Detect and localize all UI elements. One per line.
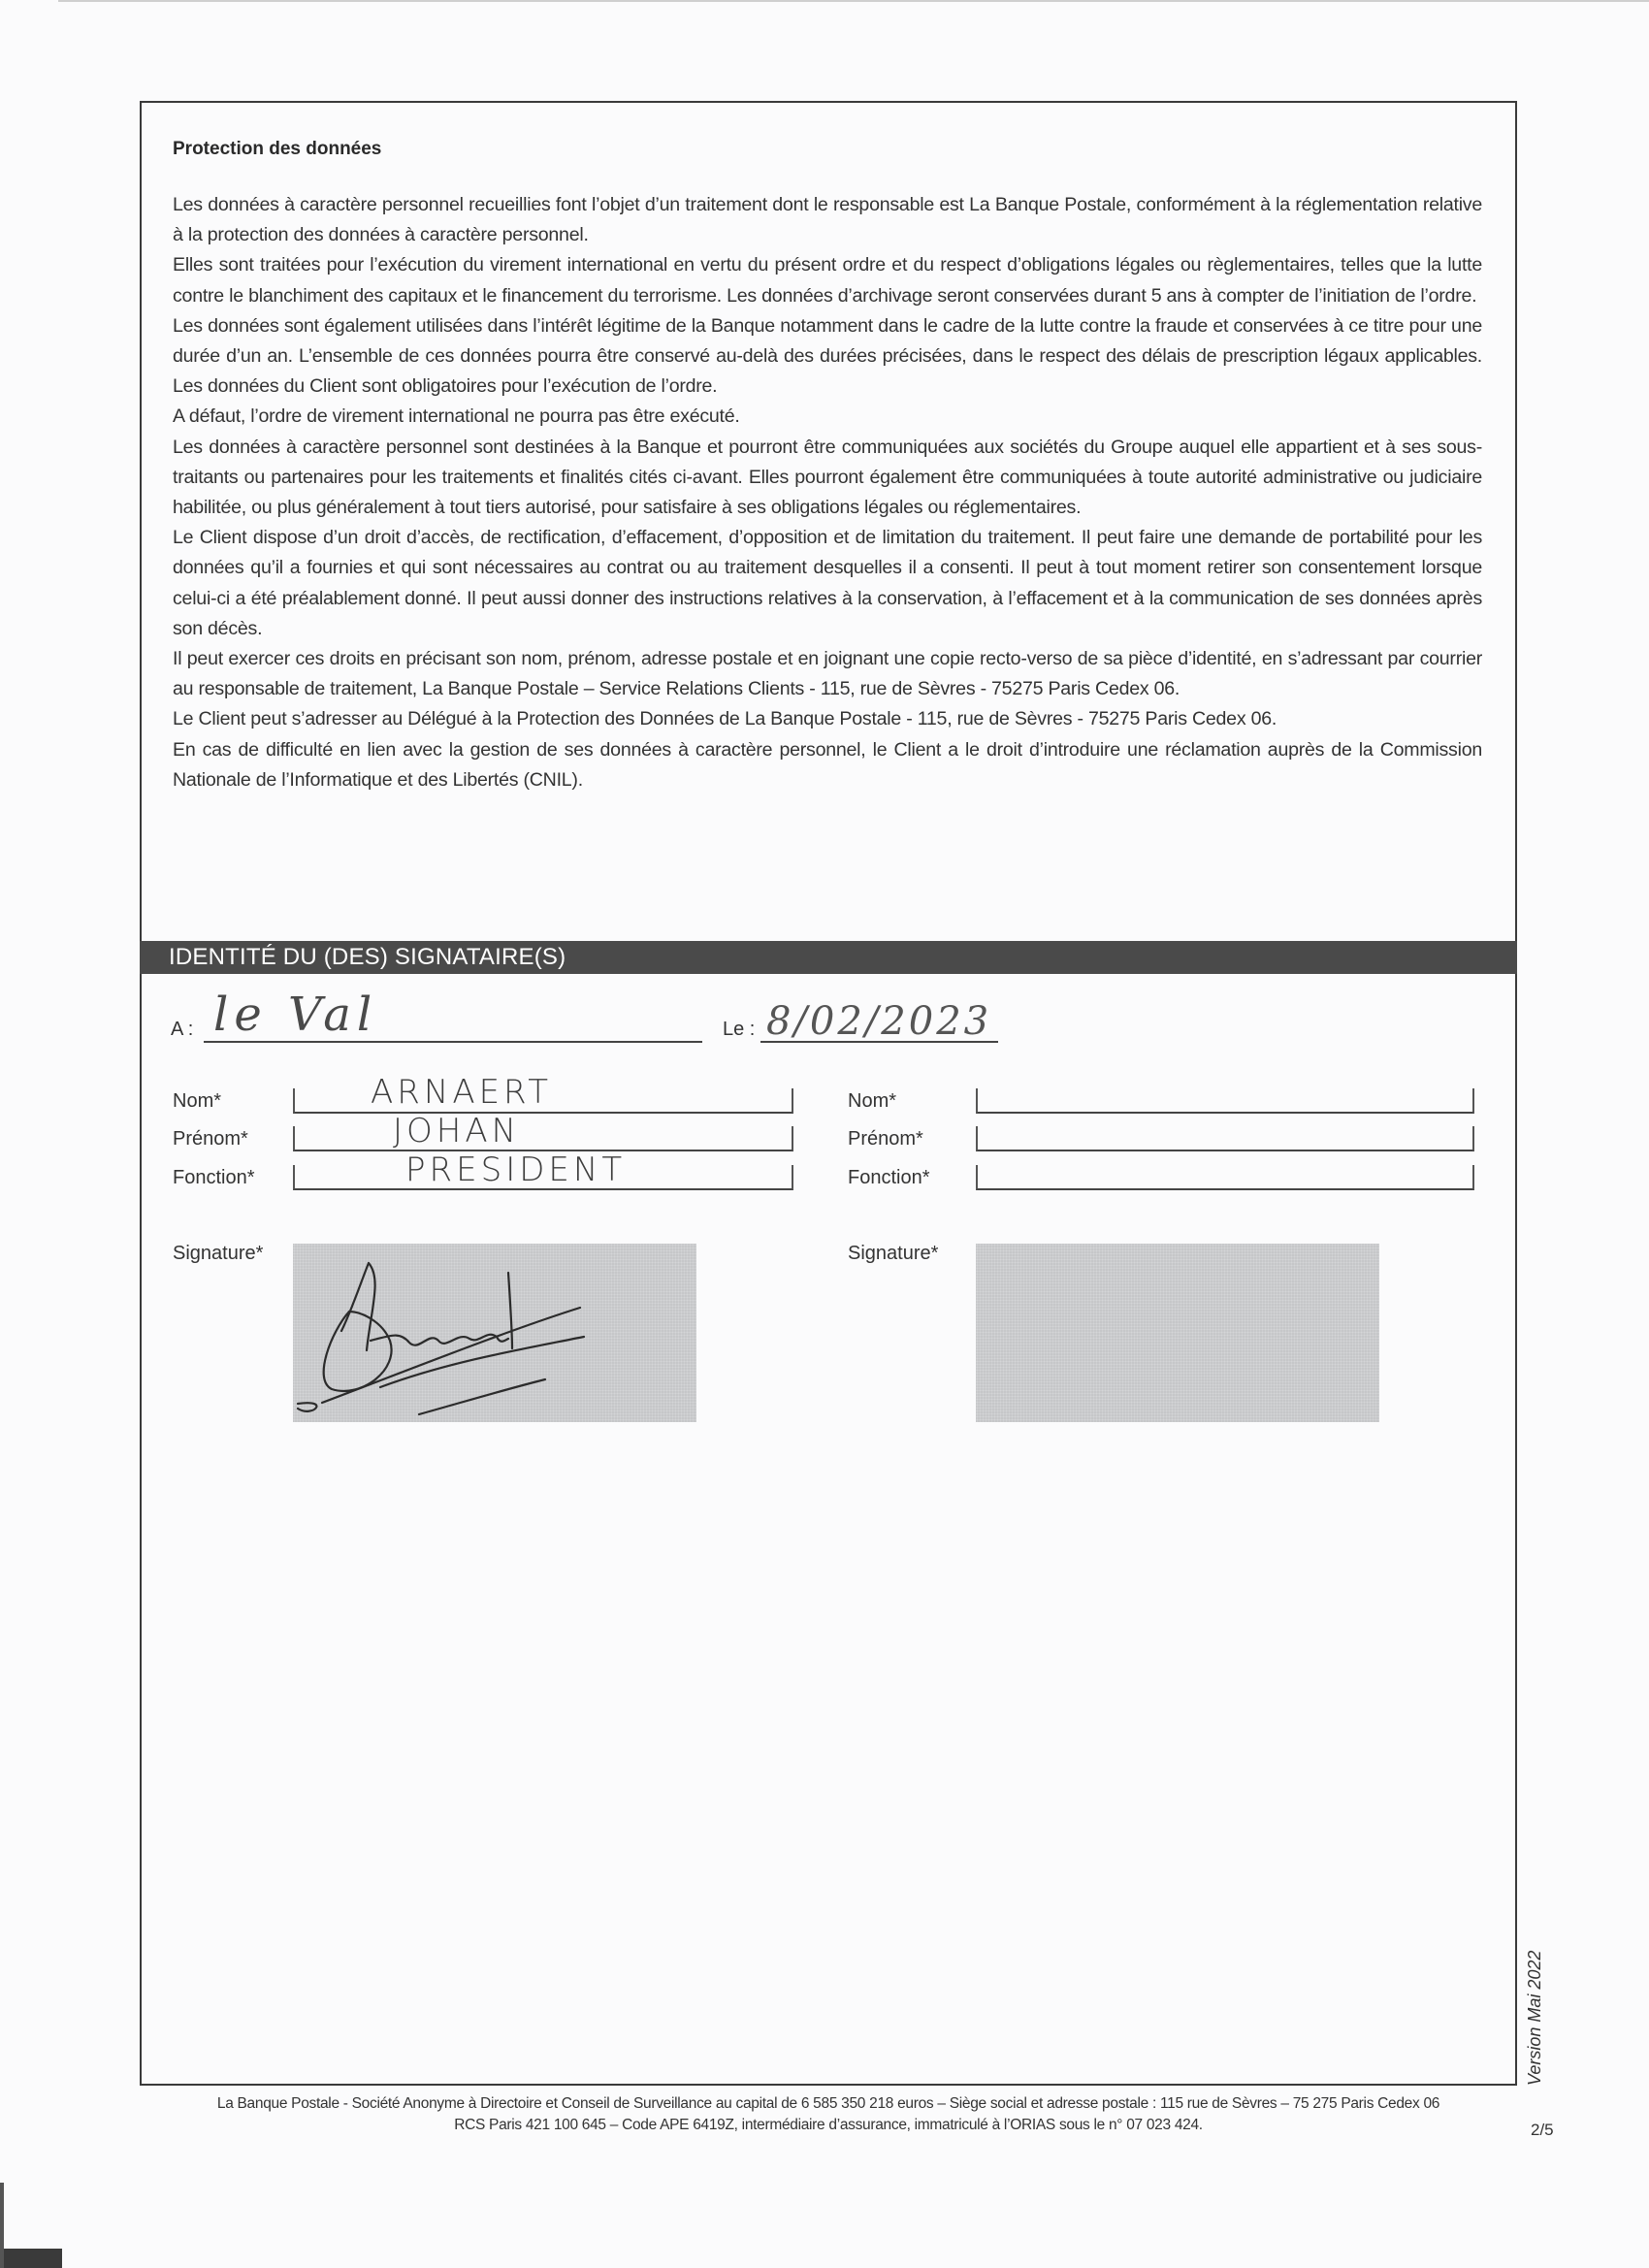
scan-edge xyxy=(58,0,1649,2)
paragraph: Elles sont traitées pour l’exécution du … xyxy=(173,250,1482,310)
signer2-nom-label: Nom* xyxy=(848,1090,896,1113)
paragraph: Les données à caractère personnel recuei… xyxy=(173,190,1482,250)
page-number: 2/5 xyxy=(1531,2121,1554,2140)
signer1-signature-area[interactable] xyxy=(293,1244,696,1422)
section-band-signataires: IDENTITÉ DU (DES) SIGNATAIRE(S) xyxy=(140,941,1517,974)
date-label: Le : xyxy=(723,1019,755,1041)
signer2-nom-field[interactable] xyxy=(976,1088,1474,1114)
section-title-protection: Protection des données xyxy=(173,139,381,160)
signer2-prenom-field[interactable] xyxy=(976,1126,1474,1151)
signer1-prenom-value: JOHAN xyxy=(393,1112,520,1150)
paragraph: En cas de difficulté en lien avec la ges… xyxy=(173,735,1482,795)
paragraph: Les données sont également utilisées dan… xyxy=(173,311,1482,403)
place-label: A : xyxy=(171,1019,193,1041)
signer2-fonction-field[interactable] xyxy=(976,1165,1474,1190)
scan-edge xyxy=(0,2183,4,2268)
signer1-prenom-label: Prénom* xyxy=(173,1128,248,1150)
place-value: le Val xyxy=(213,988,377,1042)
legal-footer: La Banque Postale - Société Anonyme à Di… xyxy=(140,2093,1517,2136)
handwritten-signature-icon xyxy=(293,1244,749,1422)
paragraph: Le Client peut s’adresser au Délégué à l… xyxy=(173,704,1482,734)
signer2-fonction-label: Fonction* xyxy=(848,1167,930,1189)
footer-line-1: La Banque Postale - Société Anonyme à Di… xyxy=(140,2093,1517,2115)
signer2-signature-label: Signature* xyxy=(848,1243,938,1265)
paragraph: Les données à caractère personnel sont d… xyxy=(173,433,1482,524)
signer1-signature-label: Signature* xyxy=(173,1243,263,1265)
paragraph: A défaut, l’ordre de virement internatio… xyxy=(173,402,1482,432)
date-value: 8/02/2023 xyxy=(766,999,991,1044)
protection-text: Les données à caractère personnel recuei… xyxy=(173,190,1482,795)
signer1-nom-value: ARNAERT xyxy=(371,1073,552,1112)
signer1-fonction-label: Fonction* xyxy=(173,1167,255,1189)
signer1-prenom-field[interactable] xyxy=(293,1126,793,1151)
signer2-prenom-label: Prénom* xyxy=(848,1128,923,1150)
paragraph: Le Client dispose d’un droit d’accès, de… xyxy=(173,523,1482,644)
signer2-signature-area[interactable] xyxy=(976,1244,1379,1422)
footer-line-2: RCS Paris 421 100 645 – Code APE 6419Z, … xyxy=(140,2115,1517,2136)
scan-edge xyxy=(0,2249,62,2268)
paragraph: Il peut exercer ces droits en précisant … xyxy=(173,644,1482,704)
signer1-fonction-value: PRESIDENT xyxy=(405,1150,626,1189)
signer1-nom-label: Nom* xyxy=(173,1090,221,1113)
version-label: Version Mai 2022 xyxy=(1525,1951,1545,2086)
